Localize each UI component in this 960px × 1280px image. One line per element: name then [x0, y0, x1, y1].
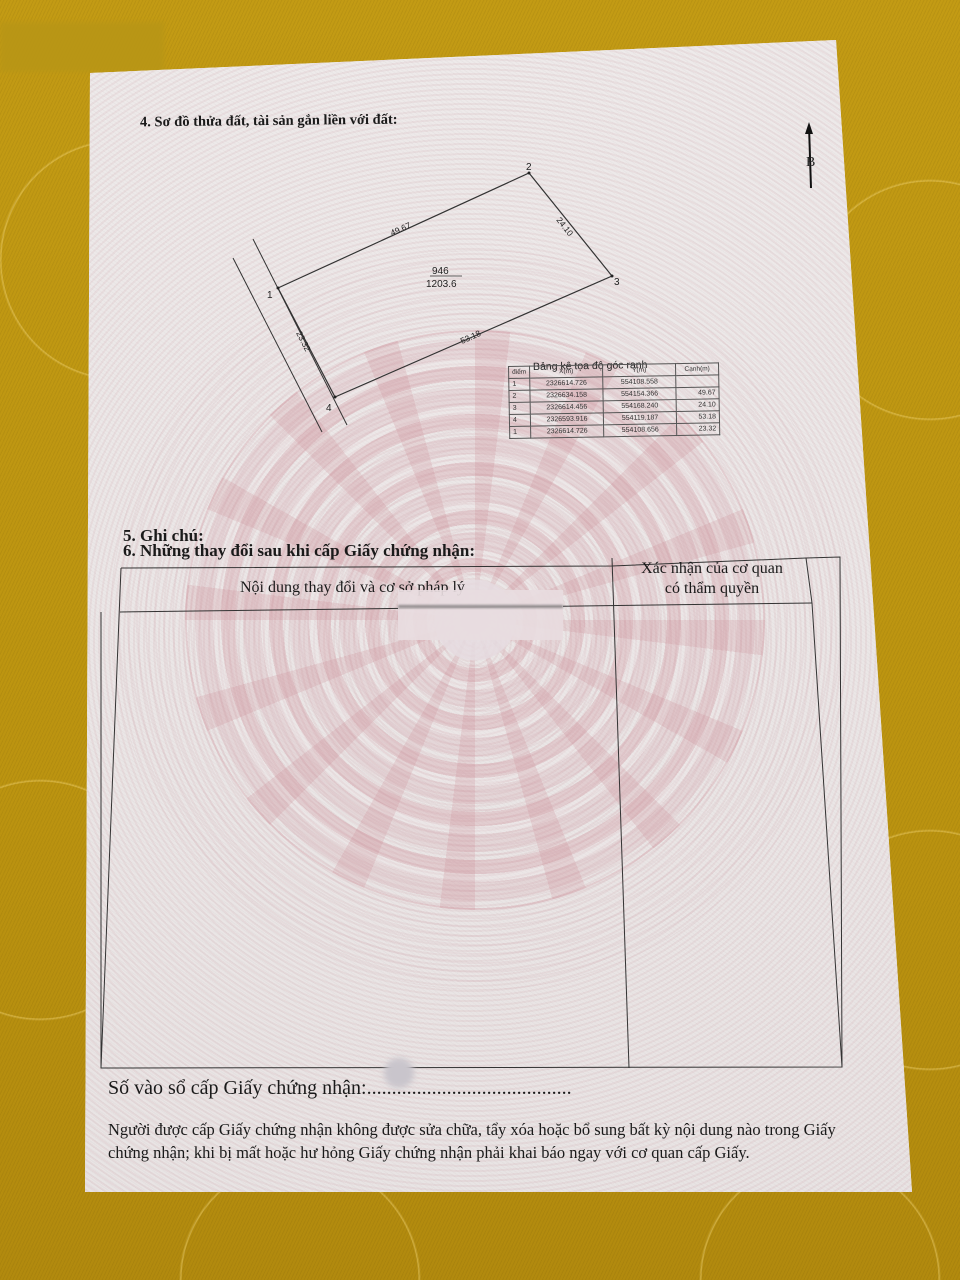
registration-number-label: Số vào sổ cấp Giấy chứng nhận:..........…	[108, 1077, 572, 1100]
changes-col2-header: Xác nhận của cơ quan có thẩm quyền	[632, 559, 792, 599]
redacted-line	[398, 605, 563, 608]
notice-text: Người được cấp Giấy chứng nhận không đượ…	[108, 1118, 848, 1164]
certificate-page: 4. Sơ đồ thửa đất, tài sản gắn liền với …	[0, 0, 960, 1280]
redacted-region	[0, 22, 164, 72]
redacted-region	[398, 590, 563, 640]
